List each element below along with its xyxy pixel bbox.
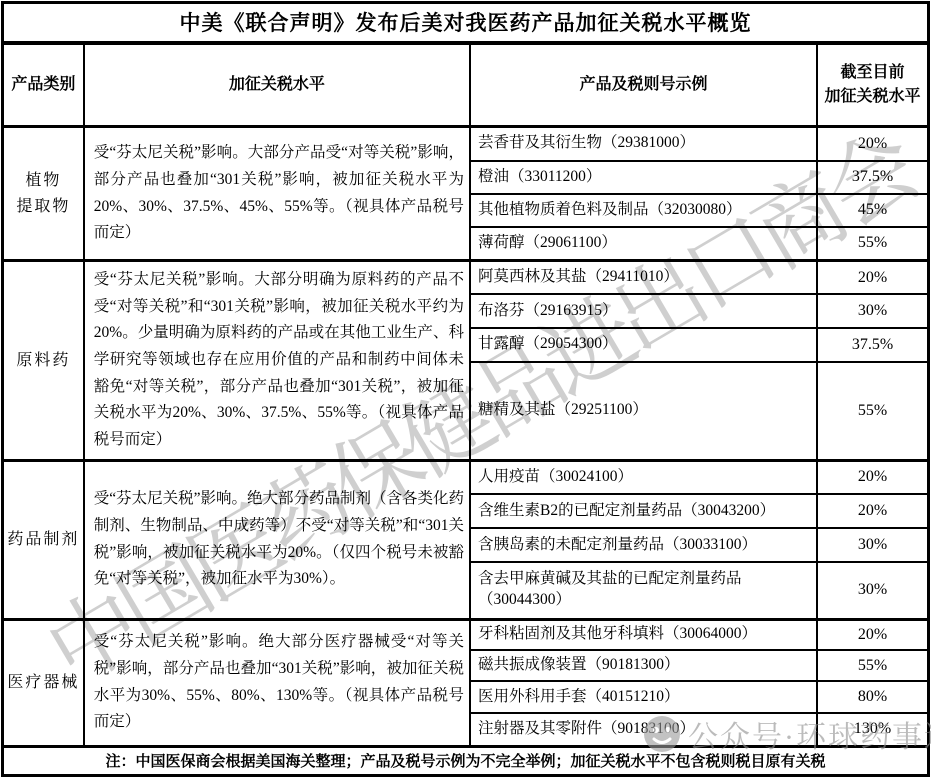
description-cell-medical-devices: 受“芬太尼关税”影响。绝大部分医疗器械受“对等关税”影响，部分产品也叠加“301… [84,619,470,746]
product-cell: 含去甲麻黄碱及其盐的已配定剂量药品（30044300） [470,562,817,619]
product-cell: 含胰岛素的未配定剂量药品（30033100） [470,528,817,562]
rate-cell: 80% [817,681,928,713]
note-row: 注：中国医保商会根据美国海关整理；产品及税号示例为不完全举例；加征关税水平不包含… [3,746,929,775]
rate-cell: 55% [817,227,928,261]
col-header-category: 产品类别 [3,43,84,127]
col-header-tariff-level: 加征关税水平 [84,43,470,127]
header-row: 产品类别 加征关税水平 产品及税则号示例 截至目前 加征关税水平 [3,43,929,127]
rate-cell: 20% [817,494,928,528]
product-cell: 牙科粘固剂及其他牙科填料（30064000） [470,619,817,650]
page: 中国医药保健品进出口商会 中美《联合声明》发布后美对我医药产品加征关税水平概览 … [0,0,931,777]
product-cell: 薄荷醇（29061100） [470,227,817,261]
product-cell: 磁共振成像装置（90181300） [470,650,817,681]
col-header-product-examples: 产品及税则号示例 [470,43,817,127]
table-row: 植物 提取物 受“芬太尼关税”影响。大部分产品受“对等关税”影响，部分产品也叠加… [3,127,929,161]
product-cell: 注射器及其零附件（90183100） [470,713,817,746]
description-cell-preparations: 受“芬太尼关税”影响。绝大部分药品制剂（含各类化药制剂、生物制品、中成药等）不受… [84,460,470,619]
table-row: 原料药 受“芬太尼关税”影响。大部分明确为原料药的产品不受“对等关税”和“301… [3,261,929,295]
rate-cell: 30% [817,562,928,619]
category-cell-api: 原料药 [3,261,84,461]
rate-cell: 37.5% [817,328,928,362]
category-cell-plant-extracts: 植物 提取物 [3,127,84,261]
product-cell: 芸香苷及其衍生物（29381000） [470,127,817,161]
table-row: 药品制剂 受“芬太尼关税”影响。绝大部分药品制剂（含各类化药制剂、生物制品、中成… [3,460,929,494]
title-row: 中美《联合声明》发布后美对我医药产品加征关税水平概览 [3,3,929,43]
rate-cell: 20% [817,261,928,295]
page-title: 中美《联合声明》发布后美对我医药产品加征关税水平概览 [3,3,929,43]
rate-cell: 20% [817,619,928,650]
rate-cell: 37.5% [817,161,928,194]
rate-cell: 30% [817,528,928,562]
tariff-table: 中美《联合声明》发布后美对我医药产品加征关税水平概览 产品类别 加征关税水平 产… [1,1,930,777]
rate-cell: 55% [817,650,928,681]
product-cell: 阿莫西林及其盐（29411010） [470,261,817,295]
product-cell: 布洛芬（29163915） [470,294,817,328]
col-header-current-rate: 截至目前 加征关税水平 [817,43,928,127]
product-cell: 橙油（33011200） [470,161,817,194]
product-cell: 含维生素B2的已配定剂量药品（30043200） [470,494,817,528]
category-cell-medical-devices: 医疗器械 [3,619,84,746]
rate-cell: 20% [817,127,928,161]
product-cell: 甘露醇（29054300） [470,328,817,362]
footnote: 注：中国医保商会根据美国海关整理；产品及税号示例为不完全举例；加征关税水平不包含… [3,746,929,775]
rate-cell: 130% [817,713,928,746]
product-cell: 医用外科用手套（40151210） [470,681,817,713]
product-cell: 糖精及其盐（29251100） [470,362,817,460]
rate-cell: 55% [817,362,928,460]
rate-cell: 20% [817,460,928,494]
description-cell-plant-extracts: 受“芬太尼关税”影响。大部分产品受“对等关税”影响，部分产品也叠加“301关税”… [84,127,470,261]
rate-cell: 45% [817,194,928,227]
table-row: 医疗器械 受“芬太尼关税”影响。绝大部分医疗器械受“对等关税”影响，部分产品也叠… [3,619,929,650]
category-cell-preparations: 药品制剂 [3,460,84,619]
product-cell: 其他植物质着色料及制品（32030080） [470,194,817,227]
rate-cell: 30% [817,294,928,328]
product-cell: 人用疫苗（30024100） [470,460,817,494]
description-cell-api: 受“芬太尼关税”影响。大部分明确为原料药的产品不受“对等关税”和“301关税”影… [84,261,470,461]
